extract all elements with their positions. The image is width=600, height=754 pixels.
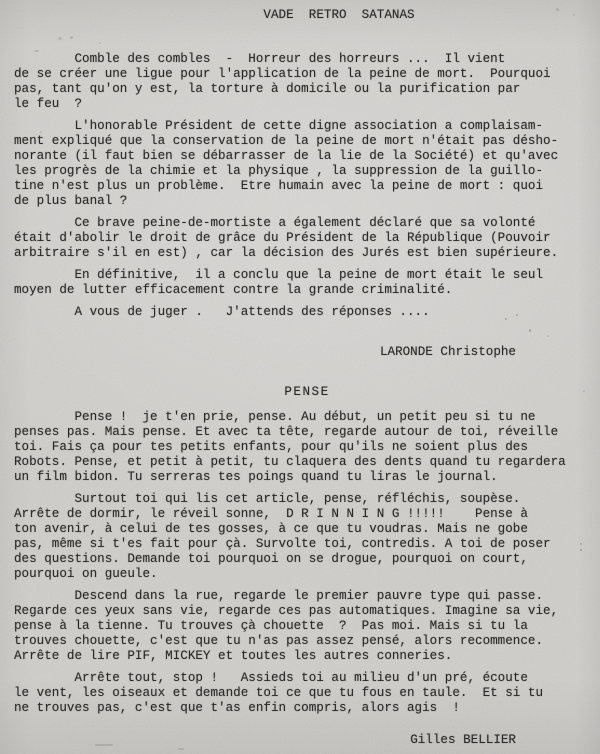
signature-laronde-christophe: LARONDE Christophe bbox=[14, 345, 600, 360]
signature-gilles-bellier: Gilles BELLIER bbox=[14, 733, 600, 748]
paragraph: Ce brave peine-de-mortiste a également d… bbox=[14, 216, 600, 261]
paragraph: Comble des combles - Horreur des horreur… bbox=[14, 52, 600, 112]
scan-speckle bbox=[178, 748, 184, 750]
paragraph: Descend dans la rue, regarde le premier … bbox=[14, 589, 600, 664]
article-title-vade-retro-satanas: VADE RETRO SATANAS bbox=[14, 8, 600, 23]
article-title-pense: PENSE bbox=[14, 385, 600, 400]
paragraph: L'honorable Président de cette digne ass… bbox=[14, 119, 600, 209]
paragraph: Arrête tout, stop ! Assieds toi au milie… bbox=[14, 671, 600, 716]
paragraph: En définitive, il a conclu que la peine … bbox=[14, 268, 600, 298]
paragraph: Pense ! je t'en prie, pense. Au début, u… bbox=[14, 410, 600, 485]
paragraph: Surtout toi qui lis cet article, pense, … bbox=[14, 492, 600, 582]
scanned-document-page: VADE RETRO SATANAS Comble des combles - … bbox=[0, 0, 600, 754]
paragraph: A vous de juger . J'attends des réponses… bbox=[14, 305, 600, 320]
document-content: VADE RETRO SATANAS Comble des combles - … bbox=[0, 0, 600, 748]
